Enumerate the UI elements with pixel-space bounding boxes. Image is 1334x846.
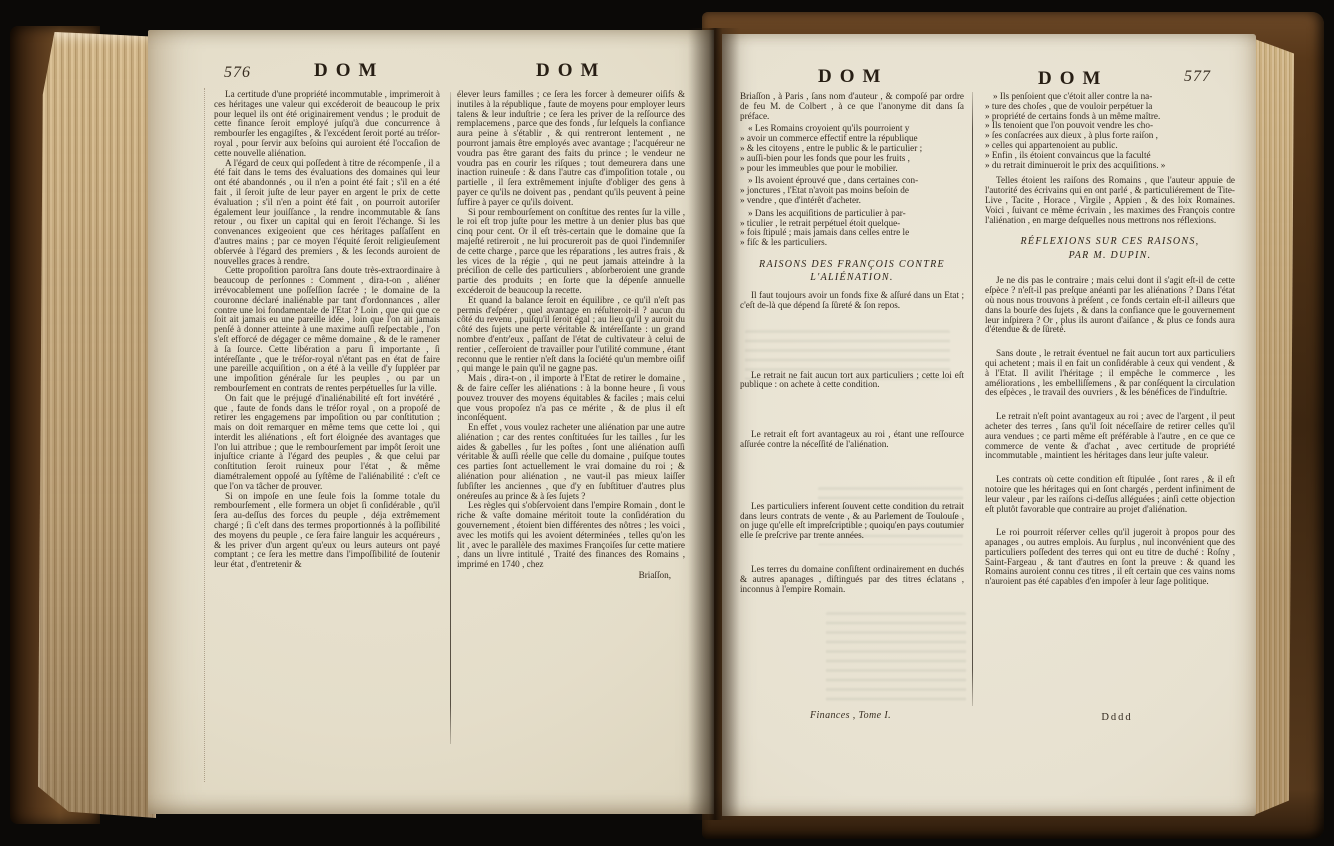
paragraph: Le retrait ne fait aucun tort aux partic… — [740, 371, 964, 391]
column-rule-right-page — [972, 92, 973, 706]
volume-footer: Finances , Tome I. — [810, 710, 891, 721]
paragraph: En effet , vous voulez racheter une alié… — [457, 423, 685, 501]
paragraph-group: Je ne dis pas le contraire ; mais celui … — [985, 276, 1235, 587]
paragraph: Le retrait eſt fort avantageux au roi , … — [740, 430, 964, 450]
right-page-column-1: Briaſſon , à Paris , ſans nom d'auteur ,… — [740, 92, 964, 594]
paragraph: Si pour rembourſement on conſtitue des r… — [457, 208, 685, 296]
paragraph: « Les Romains croyoient qu'ils pourroien… — [740, 124, 964, 173]
page-stack-fore-edge-right — [1252, 38, 1294, 816]
heading-line: RAISONS DES FRANÇOIS CONTRE — [740, 258, 964, 272]
running-head-right-col1: DOM — [818, 66, 888, 88]
paragraph: Si on impoſe en une ſeule fois la ſomme … — [214, 492, 440, 570]
quotation-block: » Ils penſoient que c'étoit aller contre… — [985, 92, 1235, 170]
right-page: DOM DOM 577 Briaſſon , à Paris , ſans no… — [722, 34, 1256, 816]
page-fold-line — [204, 88, 205, 782]
paragraph: Le retrait n'eſt point avantageux au roi… — [985, 412, 1235, 461]
catchword: Briaſſon, — [457, 571, 685, 581]
paragraph: » Ils avoient éprouvé que , dans certain… — [740, 176, 964, 205]
running-head-left-col2: DOM — [536, 60, 606, 82]
section-heading-raisons: RAISONS DES FRANÇOIS CONTRE L'ALIÉNATION… — [740, 258, 964, 285]
paragraph: » Dans les acquiſitions de particulier à… — [740, 209, 964, 248]
maxim-list: Il faut toujours avoir un fonds fixe & a… — [740, 291, 964, 594]
paragraph: Il faut toujours avoir un fonds fixe & a… — [740, 291, 964, 311]
quotation-block: « Les Romains croyoient qu'ils pourroien… — [740, 124, 964, 248]
paragraph: Le roi pourroit réſerver celles qu'il ju… — [985, 528, 1235, 587]
paragraph: La certitude d'une propriété incommutabl… — [214, 90, 440, 159]
heading-line: PAR M. DUPIN. — [985, 249, 1235, 263]
left-page: 576 DOM DOM La certitude d'une propriété… — [148, 30, 714, 814]
ink-bleed-ghost — [826, 612, 966, 707]
paragraph: Mais , dira-t-on , il importe à l'Etat d… — [457, 374, 685, 423]
paragraph: On fait que le préjugé d'inaliénabilité … — [214, 394, 440, 492]
paragraph: Je ne dis pas le contraire ; mais celui … — [985, 276, 1235, 335]
heading-line: L'ALIÉNATION. — [740, 271, 964, 285]
signature-mark: Dddd — [1052, 712, 1182, 723]
paragraph: Et quand la balance ſeroit en équilibre … — [457, 296, 685, 374]
paragraph: Les particuliers inferent ſouvent cette … — [740, 502, 964, 541]
running-head-right-col2: DOM — [1038, 68, 1108, 90]
paragraph: Les contrats où cette condition eſt ſtip… — [985, 475, 1235, 514]
paragraph: Telles étoient les raiſons des Romains ,… — [985, 176, 1235, 225]
running-head-left-col1: DOM — [314, 60, 384, 82]
page-stack-fore-edge-left — [38, 32, 156, 818]
paragraph: Sans doute , le retrait éventuel ne fait… — [985, 349, 1235, 398]
paragraph: Les terres du domaine conſiſtent ordinai… — [740, 565, 964, 594]
page-number-left: 576 — [224, 64, 251, 82]
left-page-column-1: La certitude d'une propriété incommutabl… — [214, 90, 440, 570]
paragraph: A l'égard de ceux qui poſſedent à titre … — [214, 159, 440, 267]
section-heading-reflexions: RÉFLEXIONS SUR CES RAISONS, PAR M. DUPIN… — [985, 235, 1235, 262]
left-page-column-2: élever leurs familles ; ce ſera les forc… — [457, 90, 685, 581]
paragraph: élever leurs familles ; ce ſera les forc… — [457, 90, 685, 208]
paragraph: Cette propoſition paroîtra ſans doute tr… — [214, 266, 440, 393]
column-rule-left-page — [450, 92, 451, 744]
page-number-right: 577 — [1184, 68, 1211, 86]
paragraph-group: Si pour rembourſement on conſtitue des r… — [457, 208, 685, 570]
right-page-column-2: » Ils penſoient que c'étoit aller contre… — [985, 92, 1235, 587]
paragraph: Briaſſon , à Paris , ſans nom d'auteur ,… — [740, 92, 964, 121]
book-photo: 576 DOM DOM La certitude d'une propriété… — [0, 0, 1334, 846]
heading-line: RÉFLEXIONS SUR CES RAISONS, — [985, 235, 1235, 249]
paragraph: Les règles qui s'obſervoient dans l'empi… — [457, 501, 685, 570]
